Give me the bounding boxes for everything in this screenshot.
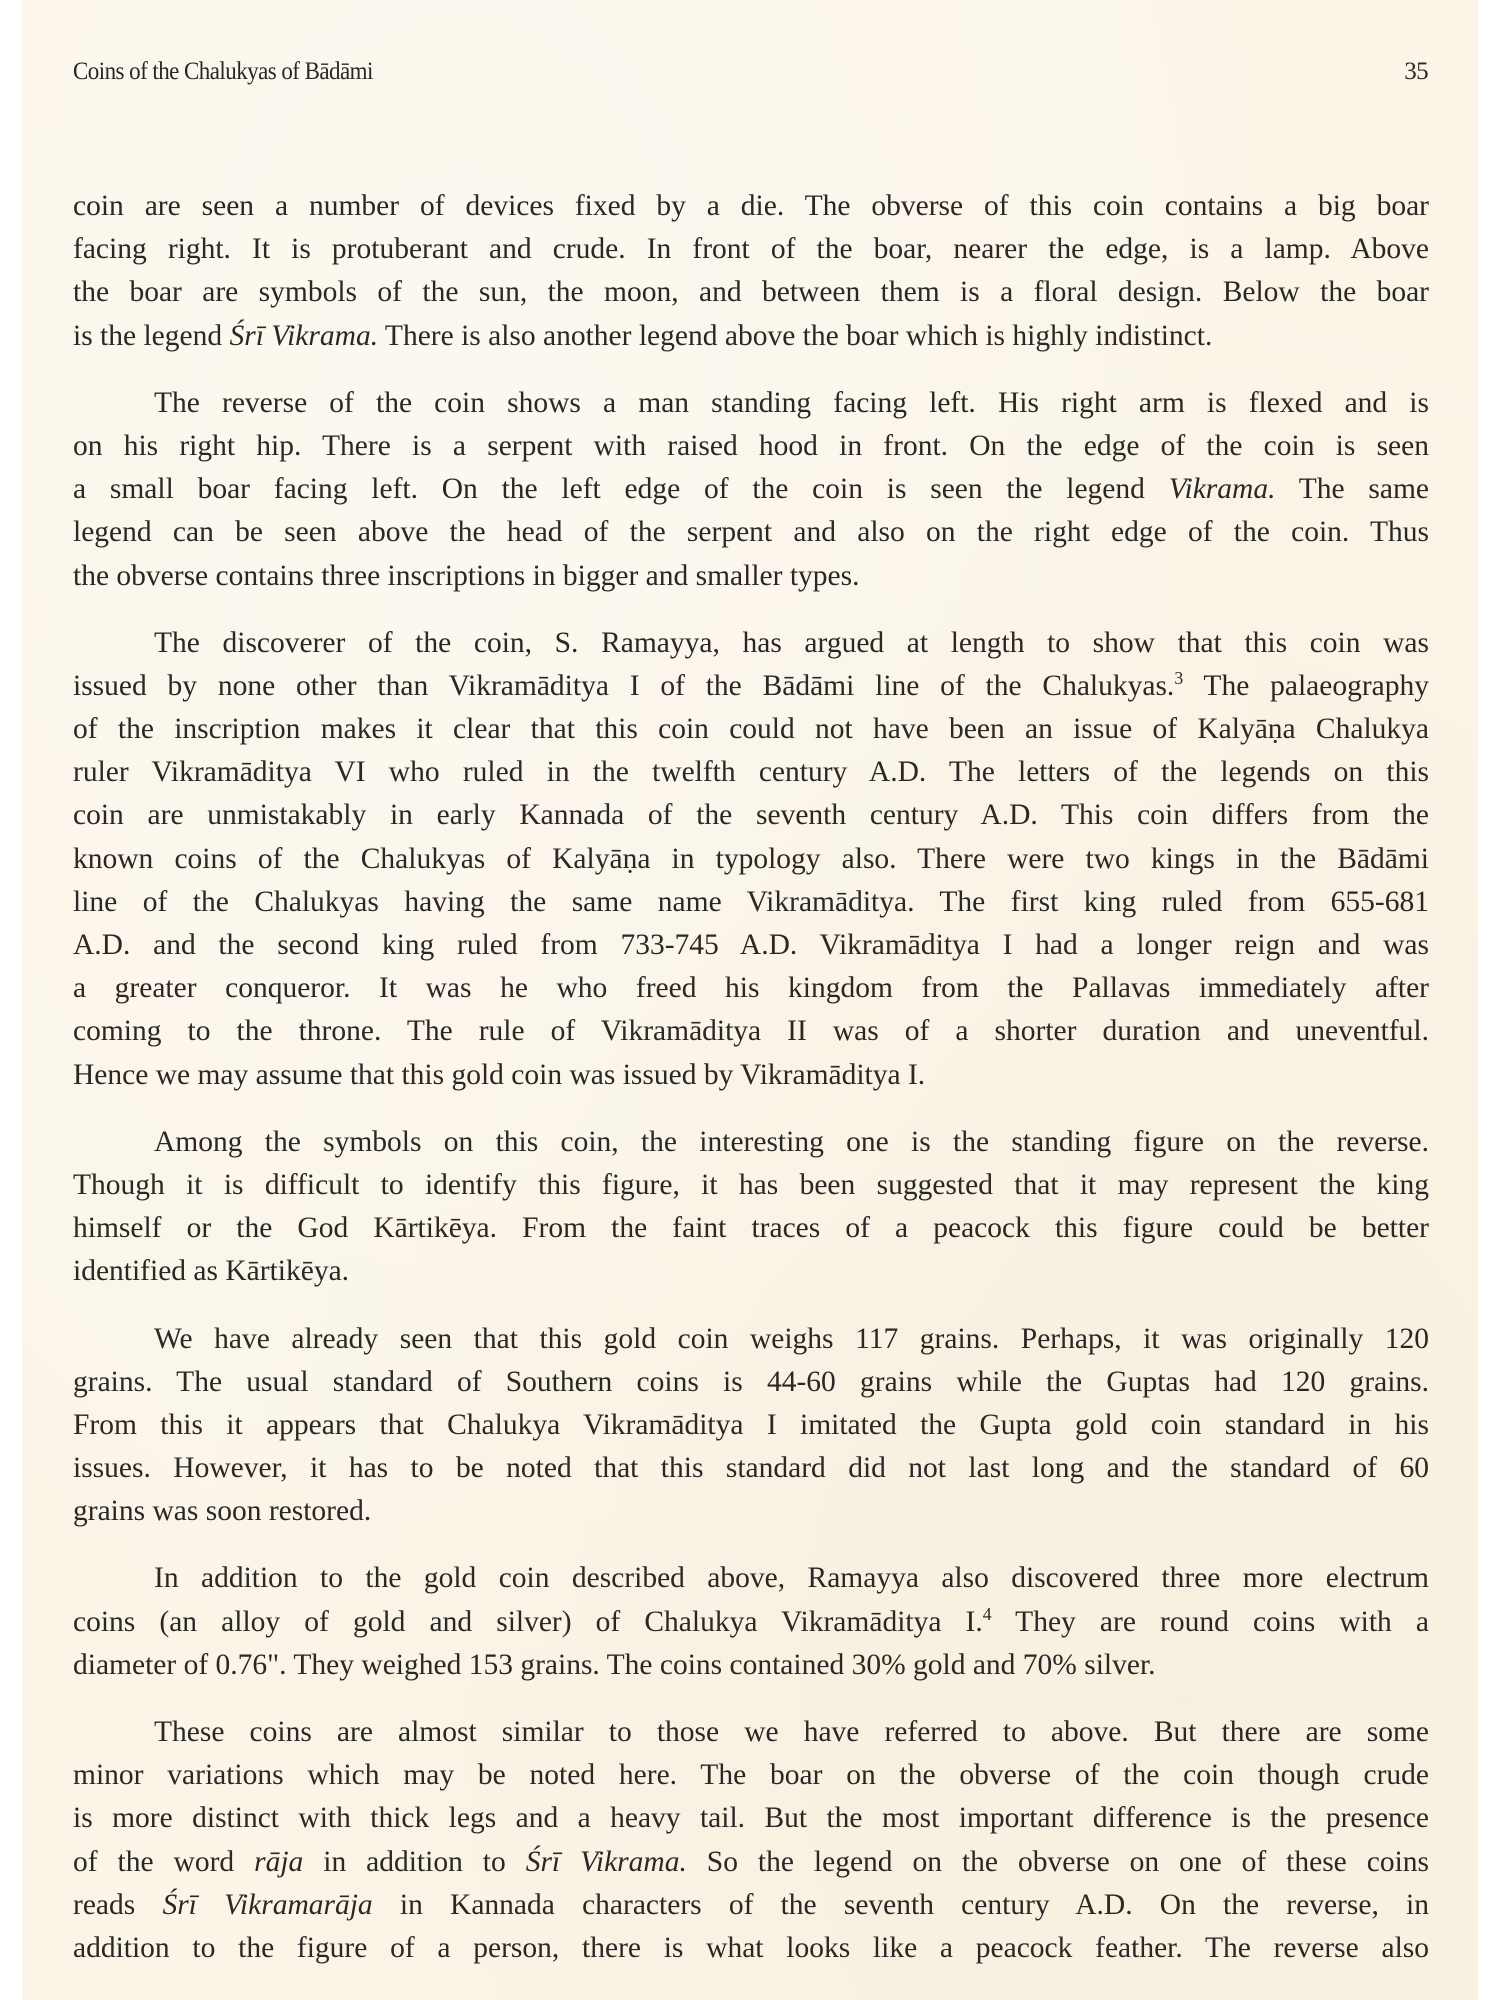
page-number: 35 [1404,58,1428,86]
book-page: Coins of the Chalukyas of Bādāmi 35 coin… [22,0,1478,2000]
text-line: In addition to the gold coin described a… [73,1557,1429,1600]
text-line: These coins are almost similar to those … [73,1711,1429,1754]
italic-term: Śrī Vikrama. [526,1846,687,1878]
text-line: The reverse of the coin shows a man stan… [73,382,1429,425]
text-line: coins (an alloy of gold and silver) of C… [73,1601,1429,1644]
text-line: legend can be seen above the head of the… [73,511,1429,554]
running-head-title: Coins of the Chalukyas of Bādāmi [73,58,373,86]
paragraph: We have already seen that this gold coin… [73,1318,1429,1534]
footnote-ref: 4 [983,1604,992,1624]
text-line: From this it appears that Chalukya Vikra… [73,1404,1429,1447]
text-line: coin are unmistakably in early Kannada o… [73,794,1429,837]
text-line: a greater conqueror. It was he who freed… [73,967,1429,1010]
text-line: on his right hip. There is a serpent wit… [73,425,1429,468]
paragraph: coin are seen a number of devices fixed … [73,185,1429,358]
italic-term: Vikrama. [1169,473,1276,505]
text-line: known coins of the Chalukyas of Kalyāṇa … [73,838,1429,881]
text-line: of the word rāja in addition to Śrī Vikr… [73,1841,1429,1884]
footnote-ref: 3 [1174,668,1183,688]
text-line: of the inscription makes it clear that t… [73,708,1429,751]
text-line: issues. However, it has to be noted that… [73,1447,1429,1490]
paragraph: In addition to the gold coin described a… [73,1557,1429,1687]
text-line: minor variations which may be noted here… [73,1754,1429,1797]
text-line: grains. The usual standard of Southern c… [73,1361,1429,1404]
text-line: Hence we may assume that this gold coin … [73,1054,1429,1097]
text-line: issued by none other than Vikramāditya I… [73,665,1429,708]
text-line: is the legend Śrī Vikrama. There is also… [73,315,1429,358]
italic-term: Śrī Vikrama. [229,320,378,352]
text-line: A.D. and the second king ruled from 733-… [73,924,1429,967]
text-line: ruler Vikramāditya VI who ruled in the t… [73,751,1429,794]
paragraph: These coins are almost similar to those … [73,1711,1429,1970]
text-line: reads Śrī Vikramarāja in Kannada charact… [73,1884,1429,1927]
paragraph: The reverse of the coin shows a man stan… [73,382,1429,598]
italic-term: rāja [254,1846,303,1878]
text-line: grains was soon restored. [73,1490,1429,1533]
text-line: The discoverer of the coin, S. Ramayya, … [73,622,1429,665]
running-head: Coins of the Chalukyas of Bādāmi 35 [73,58,1428,94]
text-line: coin are seen a number of devices fixed … [73,185,1429,228]
body-text: coin are seen a number of devices fixed … [73,185,1429,1994]
italic-term: Śrī Vikramarāja [162,1889,372,1921]
paragraph: Among the symbols on this coin, the inte… [73,1121,1429,1294]
text-line: the obverse contains three inscriptions … [73,555,1429,598]
text-line: identified as Kārtikēya. [73,1250,1429,1293]
text-line: facing right. It is protuberant and crud… [73,228,1429,271]
text-line: coming to the throne. The rule of Vikram… [73,1010,1429,1053]
text-line: Though it is difficult to identify this … [73,1164,1429,1207]
text-line: a small boar facing left. On the left ed… [73,468,1429,511]
text-line: We have already seen that this gold coin… [73,1318,1429,1361]
text-line: the boar are symbols of the sun, the moo… [73,271,1429,314]
text-line: addition to the figure of a person, ther… [73,1927,1429,1970]
paragraph: The discoverer of the coin, S. Ramayya, … [73,622,1429,1097]
text-line: line of the Chalukyas having the same na… [73,881,1429,924]
text-line: diameter of 0.76". They weighed 153 grai… [73,1644,1429,1687]
text-line: himself or the God Kārtikēya. From the f… [73,1207,1429,1250]
text-line: Among the symbols on this coin, the inte… [73,1121,1429,1164]
text-line: is more distinct with thick legs and a h… [73,1797,1429,1840]
